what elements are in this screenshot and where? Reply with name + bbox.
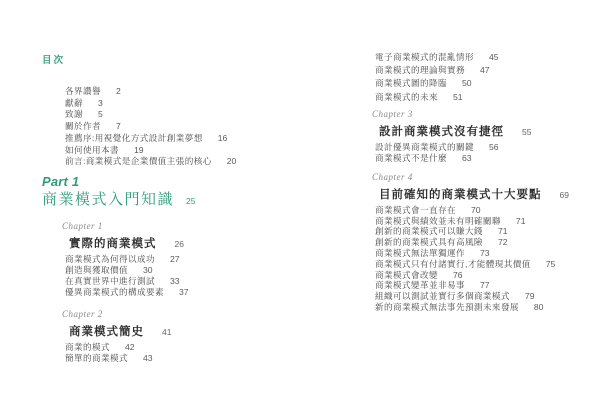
toc-entry-title: 創新的商業模式可以賺大錢: [375, 226, 483, 236]
toc-entry-title: 優異商業模式的構成要素: [65, 287, 164, 297]
toc-entry-page: 70: [471, 205, 481, 215]
toc-entry-page: 63: [462, 153, 472, 163]
toc-entry-page: 47: [480, 65, 490, 75]
chapter-2-title: 商業模式簡史: [69, 326, 144, 338]
toc-entry-page: 77: [480, 280, 490, 290]
toc-entry: 優異商業模式的構成要素37: [65, 287, 312, 298]
toc-entry: 致謝5: [65, 109, 312, 121]
part-title: 商業模式入門知識: [42, 191, 174, 208]
toc-entry-page: 42: [125, 342, 135, 352]
part-label: Part 1: [42, 174, 312, 189]
toc-entry-page: 56: [489, 142, 499, 152]
toc-entry-title: 獻辭: [65, 98, 83, 108]
toc-entry-title: 致謝: [65, 109, 83, 119]
toc-entry-page: 20: [227, 156, 237, 166]
toc-entry-title: 商業模式無法單獨運作: [375, 248, 465, 258]
chapter-1-label: Chapter 1: [62, 221, 312, 232]
toc-entry-title: 各界讚譽: [65, 86, 101, 96]
chapter-4-items: 商業模式會一直存在70 商業模式與績效並未有明確關聯71 創新的商業模式可以賺大…: [375, 205, 582, 313]
chapter-4-title: 目前確知的商業模式十大要點: [379, 189, 542, 201]
toc-entry: 新的商業模式無法事先預測未來發展80: [375, 302, 582, 313]
chapter-1-items: 商業模式為何得以成功27 創造與獲取價值30 在真實世界中進行測試33 優異商業…: [65, 254, 312, 298]
toc-entry: 商業模式無法單獨運作73: [375, 248, 582, 259]
toc-entry-page: 76: [453, 270, 463, 280]
toc-entry-page: 27: [170, 254, 180, 264]
toc-entry-page: 72: [498, 237, 508, 247]
toc-entry-title: 創新的商業模式具有高風險: [375, 237, 483, 247]
chapter-1-title: 實際的商業模式: [69, 238, 157, 250]
toc-entry: 前言:商業模式是企業價值主張的核心20: [65, 156, 312, 168]
toc-entry-title: 商業模式不是什麼: [375, 153, 447, 163]
toc-entry-title: 組織可以測試並實行多個商業模式: [375, 291, 510, 301]
toc-entry-page: 71: [516, 216, 526, 226]
toc-entry: 商業模式會一直存在70: [375, 205, 582, 216]
toc-entry-title: 商業模式的未來: [375, 92, 438, 102]
toc-entry-page: 3: [98, 98, 103, 108]
toc-entry-page: 50: [462, 78, 472, 88]
toc-entry-page: 7: [116, 121, 121, 131]
chapter-4-page: 69: [560, 190, 569, 200]
toc-entry-page: 19: [134, 145, 144, 155]
toc-entry: 商業模式變革並非易事77: [375, 280, 582, 291]
toc-entry: 商業模式圖的降臨50: [375, 77, 582, 90]
toc-entry: 商業模式的未來51: [375, 91, 582, 104]
chapter-3-label: Chapter 3: [372, 109, 582, 120]
chapter-3-title: 設計商業模式沒有捷徑: [379, 126, 504, 138]
toc-entry-page: 45: [489, 52, 499, 62]
toc-entry-page: 43: [143, 353, 153, 363]
toc-entry-page: 33: [170, 276, 180, 286]
toc-entry-title: 創造與獲取價值: [65, 265, 128, 275]
chapter-1-page: 26: [175, 239, 184, 249]
toc-entry-title: 商業的模式: [65, 342, 110, 352]
toc-entry-title: 商業模式的理論與實務: [375, 65, 465, 75]
chapter-2-page: 41: [162, 327, 171, 337]
toc-entry: 商業的模式42: [65, 342, 312, 353]
front-matter-list: 各界讚譽2 獻辭3 致謝5 關於作者7 推薦序:用視覺化方式設計創業夢想16: [65, 86, 312, 168]
toc-entry: 商業模式只有付諸實行,才能體現其價值75: [375, 259, 582, 270]
part-page: 25: [186, 196, 195, 206]
toc-entry-page: 51: [453, 92, 463, 102]
toc-entry: 推薦序:用視覺化方式設計創業夢想16: [65, 133, 312, 145]
toc-entry: 商業模式不是什麼63: [375, 153, 582, 164]
toc-entry-page: 2: [116, 86, 121, 96]
toc-entry-page: 73: [480, 248, 490, 258]
toc-entry-page: 16: [218, 133, 228, 143]
toc-entry-title: 在真實世界中進行測試: [65, 276, 155, 286]
toc-entry-title: 商業模式與績效並未有明確關聯: [375, 216, 501, 226]
chapter-3-block: Chapter 3 設計商業模式沒有捷徑55 設計優異商業模式的關鍵56 商業模…: [372, 109, 582, 164]
chapter-4-label: Chapter 4: [372, 172, 582, 183]
chapter-3-page: 55: [522, 127, 531, 137]
toc-entry-title: 推薦序:用視覺化方式設計創業夢想: [65, 133, 203, 143]
toc-entry: 獻辭3: [65, 98, 312, 110]
chapter-2-label: Chapter 2: [62, 309, 312, 320]
toc-entry-page: 30: [143, 265, 153, 275]
toc-entry-page: 37: [179, 287, 189, 297]
toc-entry-page: 71: [498, 226, 508, 236]
toc-entry-title: 關於作者: [65, 121, 101, 131]
toc-entry: 各界讚譽2: [65, 86, 312, 98]
toc-entry: 組織可以測試並實行多個商業模式79: [375, 291, 582, 302]
toc-left-column: 目次 各界讚譽2 獻辭3 致謝5 關於作者7: [42, 55, 312, 364]
toc-entry-page: 80: [534, 302, 544, 312]
toc-entry: 商業模式會改變76: [375, 270, 582, 281]
toc-entry: 商業模式為何得以成功27: [65, 254, 312, 265]
toc-entry: 設計優異商業模式的關鍵56: [375, 142, 582, 153]
toc-entry: 商業模式與績效並未有明確關聯71: [375, 216, 582, 227]
toc-entry-title: 商業模式為何得以成功: [65, 254, 155, 264]
toc-entry-title: 簡單的商業模式: [65, 353, 128, 363]
toc-entry-title: 前言:商業模式是企業價值主張的核心: [65, 156, 212, 166]
chapter-3-items: 設計優異商業模式的關鍵56 商業模式不是什麼63: [375, 142, 582, 164]
chapter-2-block: Chapter 2 商業模式簡史41 商業的模式42 簡單的商業模式43: [62, 309, 312, 364]
toc-entry: 在真實世界中進行測試33: [65, 276, 312, 287]
toc-entry-page: 79: [525, 291, 535, 301]
toc-entry-title: 商業模式會改變: [375, 270, 438, 280]
toc-right-column: 電子商業模式的混亂情形45 商業模式的理論與實務47 商業模式圖的降臨50 商業…: [372, 51, 582, 313]
toc-entry-title: 商業模式會一直存在: [375, 205, 456, 215]
toc-entry-title: 如何使用本書: [65, 145, 119, 155]
toc-page: 目次 各界讚譽2 獻辭3 致謝5 關於作者7: [0, 0, 600, 406]
toc-entry: 創新的商業模式可以賺大錢71: [375, 226, 582, 237]
toc-entry: 簡單的商業模式43: [65, 353, 312, 364]
toc-entry: 如何使用本書19: [65, 145, 312, 157]
toc-entry: 創造與獲取價值30: [65, 265, 312, 276]
toc-entry-title: 電子商業模式的混亂情形: [375, 52, 474, 62]
toc-entry-title: 商業模式圖的降臨: [375, 78, 447, 88]
toc-entry: 關於作者7: [65, 121, 312, 133]
part-heading: Part 1 商業模式入門知識25: [42, 174, 312, 209]
toc-entry-page: 75: [546, 259, 556, 269]
toc-entry: 電子商業模式的混亂情形45: [375, 51, 582, 64]
chapter-2-continued-items: 電子商業模式的混亂情形45 商業模式的理論與實務47 商業模式圖的降臨50 商業…: [375, 51, 582, 104]
toc-entry: 商業模式的理論與實務47: [375, 64, 582, 77]
chapter-2-items: 商業的模式42 簡單的商業模式43: [65, 342, 312, 364]
chapter-4-block: Chapter 4 目前確知的商業模式十大要點69 商業模式會一直存在70 商業…: [372, 172, 582, 313]
page-title: 目次: [42, 55, 312, 66]
toc-entry-page: 5: [98, 109, 103, 119]
toc-entry-title: 設計優異商業模式的關鍵: [375, 142, 474, 152]
chapter-1-block: Chapter 1 實際的商業模式26 商業模式為何得以成功27 創造與獲取價值…: [62, 221, 312, 298]
toc-entry-title: 新的商業模式無法事先預測未來發展: [375, 302, 519, 312]
toc-entry-title: 商業模式只有付諸實行,才能體現其價值: [375, 259, 531, 269]
toc-entry-title: 商業模式變革並非易事: [375, 280, 465, 290]
toc-entry: 創新的商業模式具有高風險72: [375, 237, 582, 248]
